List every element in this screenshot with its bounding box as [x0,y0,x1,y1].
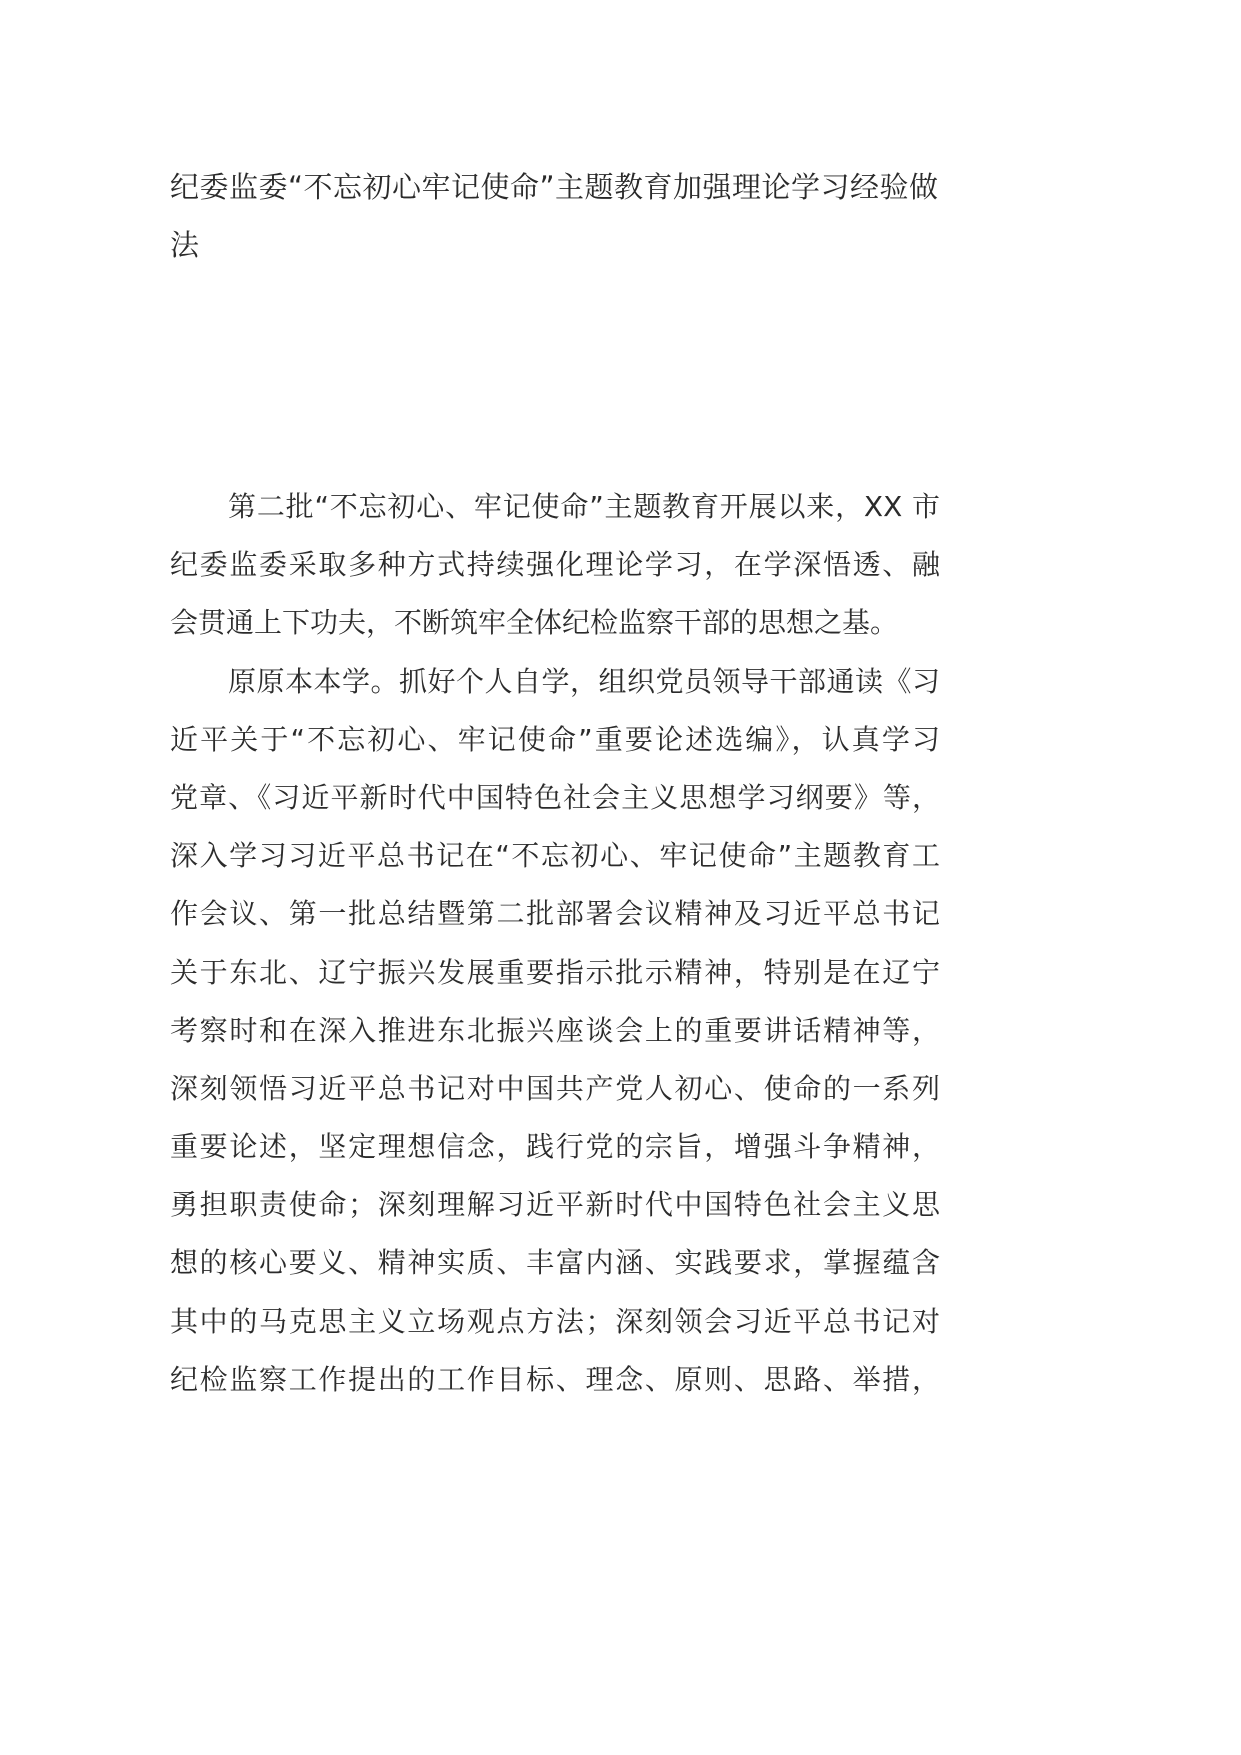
paragraph-line: 纪委监委采取多种方式持续强化理论学习，在学深悟透、融 [170,536,940,594]
paragraph-line: 考察时和在深入推进东北振兴座谈会上的重要讲话精神等， [170,1002,940,1060]
paragraph-intro: 第二批“不忘初心、牢记使命”主题教育开展以来，XX 市 纪委监委采取多种方式持续… [170,478,950,653]
title-line: 法 [170,216,950,274]
paragraph-line: 勇担职责使命；深刻理解习近平新时代中国特色社会主义思 [170,1176,940,1234]
paragraph-line: 第二批“不忘初心、牢记使命”主题教育开展以来，XX 市 [170,478,940,536]
document-body: 第二批“不忘初心、牢记使命”主题教育开展以来，XX 市 纪委监委采取多种方式持续… [170,478,950,1409]
document-title: 纪委监委“不忘初心牢记使命”主题教育加强理论学习经验做 法 [170,158,950,274]
title-line: 纪委监委“不忘初心牢记使命”主题教育加强理论学习经验做 [170,158,950,216]
document-page: 纪委监委“不忘初心牢记使命”主题教育加强理论学习经验做 法 第二批“不忘初心、牢… [0,0,1241,1755]
paragraph-line: 纪检监察工作提出的工作目标、理念、原则、思路、举措， [170,1351,940,1409]
paragraph-line: 关于东北、辽宁振兴发展重要指示批示精神，特别是在辽宁 [170,944,940,1002]
paragraph-line: 近平关于“不忘初心、牢记使命”重要论述选编》，认真学习 [170,711,940,769]
paragraph-line: 重要论述，坚定理想信念，践行党的宗旨，增强斗争精神， [170,1118,940,1176]
paragraph-line: 原原本本学。抓好个人自学，组织党员领导干部通读《习 [170,653,940,711]
paragraph-study-original-texts: 原原本本学。抓好个人自学，组织党员领导干部通读《习 近平关于“不忘初心、牢记使命… [170,653,950,1409]
paragraph-line: 深刻领悟习近平总书记对中国共产党人初心、使命的一系列 [170,1060,940,1118]
paragraph-line: 深入学习习近平总书记在“不忘初心、牢记使命”主题教育工 [170,827,940,885]
paragraph-line: 想的核心要义、精神实质、丰富内涵、实践要求，掌握蕴含 [170,1234,940,1292]
paragraph-line: 会贯通上下功夫，不断筑牢全体纪检监察干部的思想之基。 [170,594,940,652]
paragraph-line: 作会议、第一批总结暨第二批部署会议精神及习近平总书记 [170,885,940,943]
paragraph-line: 其中的马克思主义立场观点方法；深刻领会习近平总书记对 [170,1293,940,1351]
paragraph-line: 党章、《习近平新时代中国特色社会主义思想学习纲要》等， [170,769,940,827]
